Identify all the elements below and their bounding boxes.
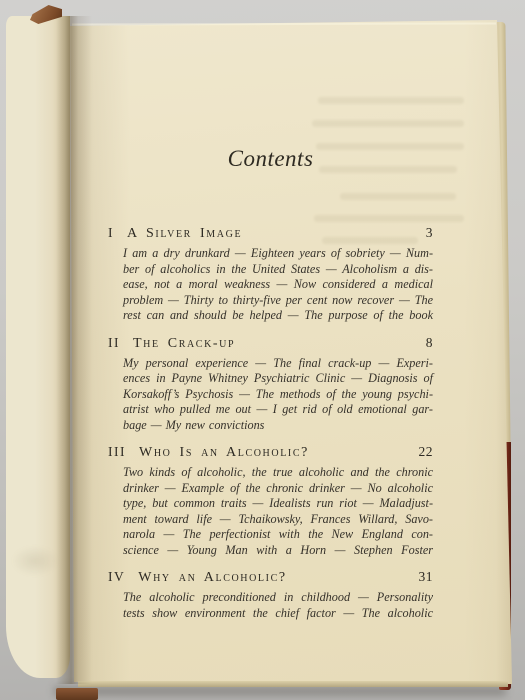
chapter-page-number: 31 [419, 567, 434, 586]
toc-entry-head: I A Silver Image 3 [108, 223, 433, 243]
chapter-page-number: 22 [419, 442, 434, 461]
summary-line: Korsakoff’s Psychosis — The methods of t… [123, 387, 433, 403]
summary-line: ber of alcoholics in the United States —… [123, 262, 433, 278]
chapter-numeral: II [108, 333, 120, 352]
toc-entry-head: II The Crack-up 8 [108, 333, 433, 353]
summary-line: drinker — Example of the chronic drinker… [123, 481, 433, 497]
chapter-title: A Silver Image [127, 224, 242, 243]
left-page-bleed-smudge [12, 546, 58, 576]
open-book-photo: Contents I A Silver Image 3 I am a dry d… [0, 0, 525, 700]
book-shadow [54, 686, 506, 696]
summary-line: narola — The perfectionist with the New … [123, 527, 433, 543]
chapter-summary: I am a dry drunkard — Eighteen years of … [123, 246, 433, 324]
toc-entry-head: III Who Is an Alcoholic? 22 [108, 442, 433, 462]
summary-line: problem — Thirty to thirty-five per cent… [123, 293, 433, 309]
chapter-numeral: I [108, 223, 114, 242]
table-of-contents: Contents I A Silver Image 3 I am a dry d… [108, 0, 433, 630]
binding-gutter-shadow [56, 16, 92, 684]
cover-bottom-corner [56, 688, 98, 700]
toc-entry-head: IV Why an Alcoholic? 31 [108, 567, 433, 587]
toc-entry: I A Silver Image 3 I am a dry drunkard —… [108, 223, 433, 324]
summary-line: Two kinds of alcoholic, the true alcohol… [123, 465, 433, 481]
page-bottom-edge [78, 681, 508, 687]
summary-line: science — Young Man with a Horn — Stephe… [123, 543, 433, 559]
summary-line: atrist who pulled me out — I get rid of … [123, 402, 433, 418]
chapter-summary: Two kinds of alcoholic, the true alcohol… [123, 465, 433, 558]
summary-line: rest can and should be helped — The purp… [123, 308, 433, 324]
summary-line: bage — My new convictions [123, 418, 433, 434]
summary-line: ment toward life — Tchaikowsky, Frances … [123, 512, 433, 528]
toc-entry: II The Crack-up 8 My personal experience… [108, 333, 433, 434]
chapter-title: Who Is an Alcoholic? [139, 443, 309, 462]
toc-entry: III Who Is an Alcoholic? 22 Two kinds of… [108, 442, 433, 558]
chapter-numeral: IV [108, 567, 125, 586]
summary-line: My personal experience — The final crack… [123, 356, 433, 372]
summary-line: type, but common traits — Idealists run … [123, 496, 433, 512]
summary-line: tests show environment the chief factor … [123, 606, 433, 622]
chapter-numeral: III [108, 442, 126, 461]
summary-line: ences in Payne Whitney Psychiatric Clini… [123, 371, 433, 387]
chapter-page-number: 3 [426, 223, 433, 242]
chapter-page-number: 8 [426, 333, 433, 352]
chapter-summary: The alcoholic preconditioned in childhoo… [123, 590, 433, 621]
chapter-title: Why an Alcoholic? [138, 568, 286, 587]
page-title: Contents [108, 145, 433, 173]
summary-line: ease, not a moral weakness — Now conside… [123, 277, 433, 293]
chapter-summary: My personal experience — The final crack… [123, 356, 433, 434]
chapter-title: The Crack-up [133, 334, 235, 353]
toc-entry: IV Why an Alcoholic? 31 The alcoholic pr… [108, 567, 433, 621]
summary-line: I am a dry drunkard — Eighteen years of … [123, 246, 433, 262]
summary-line: The alcoholic preconditioned in childhoo… [123, 590, 433, 606]
